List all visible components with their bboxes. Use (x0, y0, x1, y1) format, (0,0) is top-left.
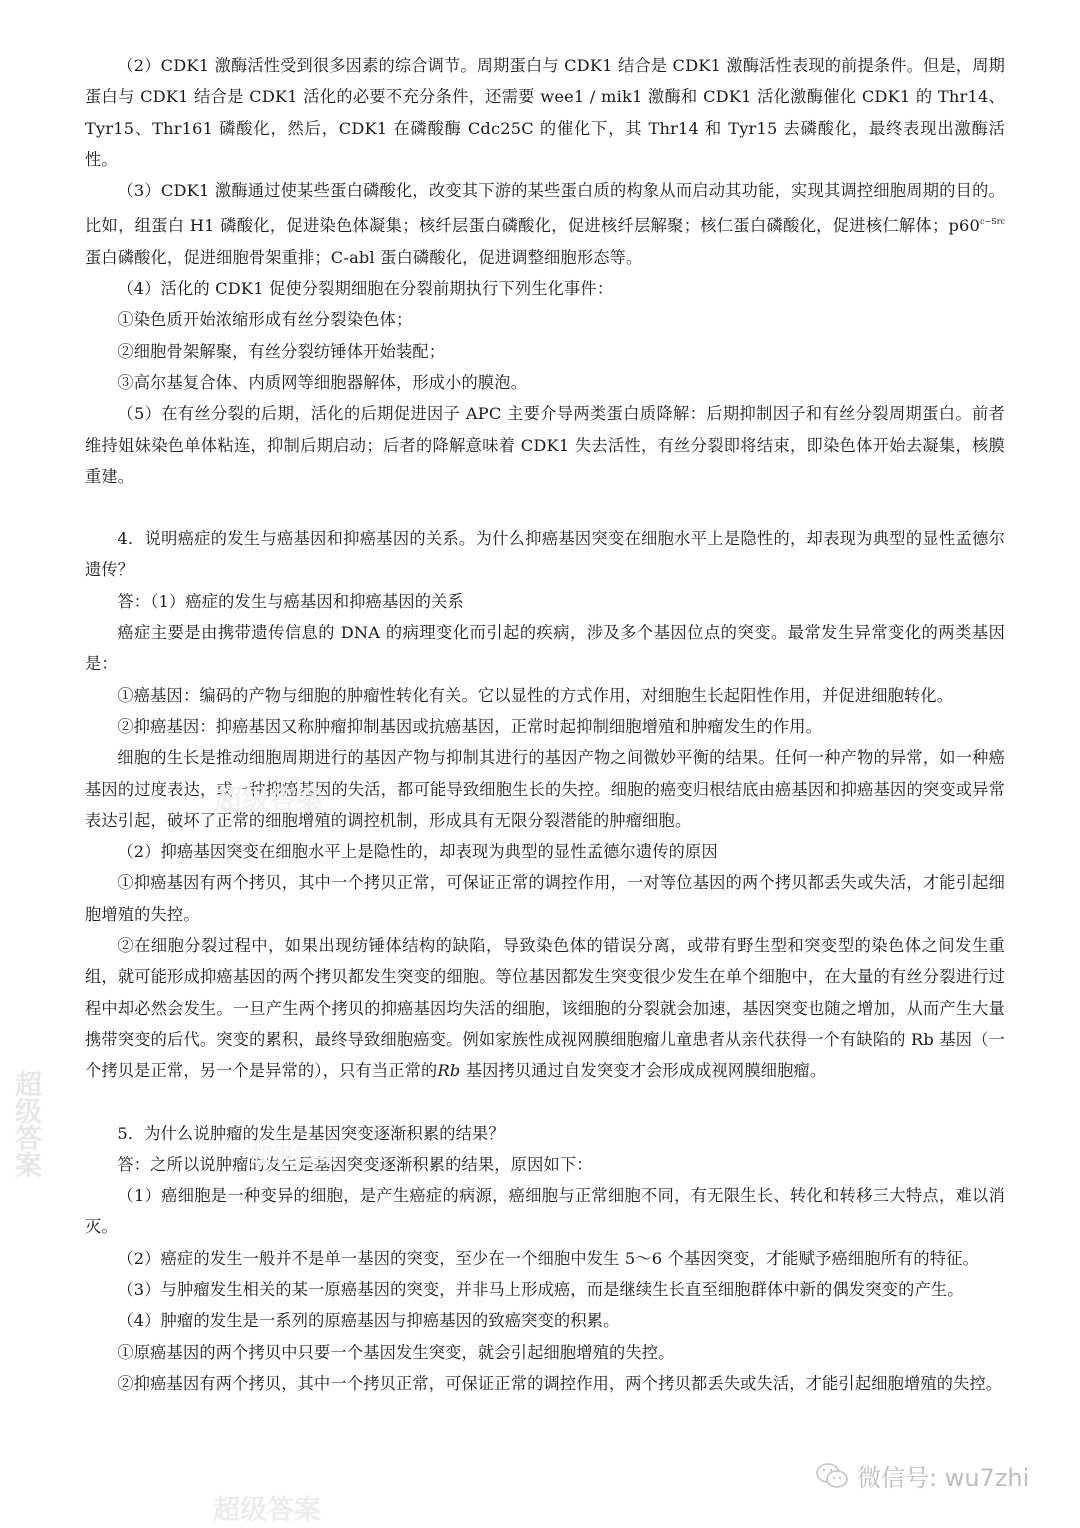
paragraph-q3-3: （3）CDK1 激酶通过使某些蛋白磷酸化，改变其下游的某些蛋白质的构象从而启动其… (85, 175, 1005, 273)
list-item-q4-2-2-part2: 基因拷贝通过自发突变才会形成成视网膜细胞瘤。 (460, 1061, 826, 1080)
paragraph-q3-3-part2: 蛋白磷酸化，促进细胞骨架重排；C-abl 蛋白磷酸化，促进调整细胞形态等。 (85, 248, 642, 267)
list-item-oncogene: ①癌基因：编码的产物与细胞的肿瘤性转化有关。它以显性的方式作用，对细胞生长起阳性… (85, 680, 1005, 711)
superscript-c-src: c−Src (980, 217, 1005, 226)
wechat-icon (815, 1462, 849, 1490)
wechat-id-label: 微信号: wu7zhi (857, 1458, 1029, 1493)
list-item-tumor-suppressor: ②抑癌基因：抑癌基因又称肿瘤抑制基因或抗癌基因，正常时起抑制细胞增殖和肿瘤发生的… (85, 711, 1005, 742)
watermark-text-vertical: 超级答案 (6, 1070, 45, 1178)
list-item-q3-4-2: ②细胞骨架解聚，有丝分裂纺锤体开始装配； (85, 336, 1005, 367)
paragraph-q3-4: （4）活化的 CDK1 促使分裂期细胞在分裂前期执行下列生化事件： (85, 273, 1005, 304)
list-item-q5-4-1: ①原癌基因的两个拷贝中只要一个基因发生突变，就会引起细胞增殖的失控。 (85, 1337, 1005, 1368)
answer-5-item-4: （4）肿瘤的发生是一系列的原癌基因与抑癌基因的致癌突变的积累。 (85, 1305, 1005, 1336)
section-gap (85, 492, 1005, 523)
list-item-q5-4-2: ②抑癌基因有两个拷贝，其中一个拷贝正常，可保证正常的调控作用，两个拷贝都丢失或失… (85, 1368, 1005, 1399)
question-4: 4．说明癌症的发生与癌基因和抑癌基因的关系。为什么抑癌基因突变在细胞水平上是隐性… (85, 523, 1005, 586)
list-item-q4-2-2: ②在细胞分裂过程中，如果出现纺锤体结构的缺陷，导致染色体的错误分离，或带有野生型… (85, 930, 1005, 1086)
question-5: 5．为什么说肿瘤的发生是基因突变逐渐积累的结果？ (85, 1118, 1005, 1149)
answer-4-part1-body: 细胞的生长是推动细胞周期进行的基因产物与抑制其进行的基因产物之间微妙平衡的结果。… (85, 742, 1005, 836)
document-page: （2）CDK1 激酶活性受到很多因素的综合调节。周期蛋白与 CDK1 结合是 C… (85, 50, 1005, 1399)
answer-4-part2-heading: （2）抑癌基因突变在细胞水平上是隐性的，却表现为典型的显性孟德尔遗传的原因 (85, 836, 1005, 867)
rb-gene-italic: Rb (437, 1061, 460, 1080)
answer-5-item-2: （2）癌症的发生一般并不是单一基因的突变，至少在一个细胞中发生 5～6 个基因突… (85, 1243, 1005, 1274)
watermark-text: 超级答案 (213, 1488, 321, 1527)
paragraph-q3-3-part1: （3）CDK1 激酶通过使某些蛋白磷酸化，改变其下游的某些蛋白质的构象从而启动其… (85, 181, 1005, 235)
answer-4-part1-intro: 癌症主要是由携带遗传信息的 DNA 的病理变化而引起的疾病，涉及多个基因位点的突… (85, 617, 1005, 680)
list-item-q3-4-3: ③高尔基复合体、内质网等细胞器解体，形成小的膜泡。 (85, 367, 1005, 398)
paragraph-q3-2: （2）CDK1 激酶活性受到很多因素的综合调节。周期蛋白与 CDK1 结合是 C… (85, 50, 1005, 175)
list-item-q4-2-1: ①抑癌基因有两个拷贝，其中一个拷贝正常，可保证正常的调控作用，一对等位基因的两个… (85, 867, 1005, 930)
answer-4-part1-heading: 答：（1）癌症的发生与癌基因和抑癌基因的关系 (85, 586, 1005, 617)
paragraph-q3-5: （5）在有丝分裂的后期，活化的后期促进因子 APC 主要介导两类蛋白质降解：后期… (85, 398, 1005, 492)
section-gap (85, 1087, 1005, 1118)
answer-5-item-3: （3）与肿瘤发生相关的某一原癌基因的突变，并非马上形成癌，而是继续生长直至细胞群… (85, 1274, 1005, 1305)
list-item-q3-4-1: ①染色质开始浓缩形成有丝分裂染色体； (85, 304, 1005, 335)
list-item-q4-2-2-part1: ②在细胞分裂过程中，如果出现纺锤体结构的缺陷，导致染色体的错误分离，或带有野生型… (85, 936, 1005, 1080)
answer-5-intro: 答：之所以说肿瘤的发生是基因突变逐渐积累的结果，原因如下： (85, 1149, 1005, 1180)
answer-5-item-1: （1）癌细胞是一种变异的细胞，是产生癌症的病源，癌细胞与正常细胞不同，有无限生长… (85, 1180, 1005, 1243)
wechat-watermark: 微信号: wu7zhi (815, 1458, 1029, 1493)
